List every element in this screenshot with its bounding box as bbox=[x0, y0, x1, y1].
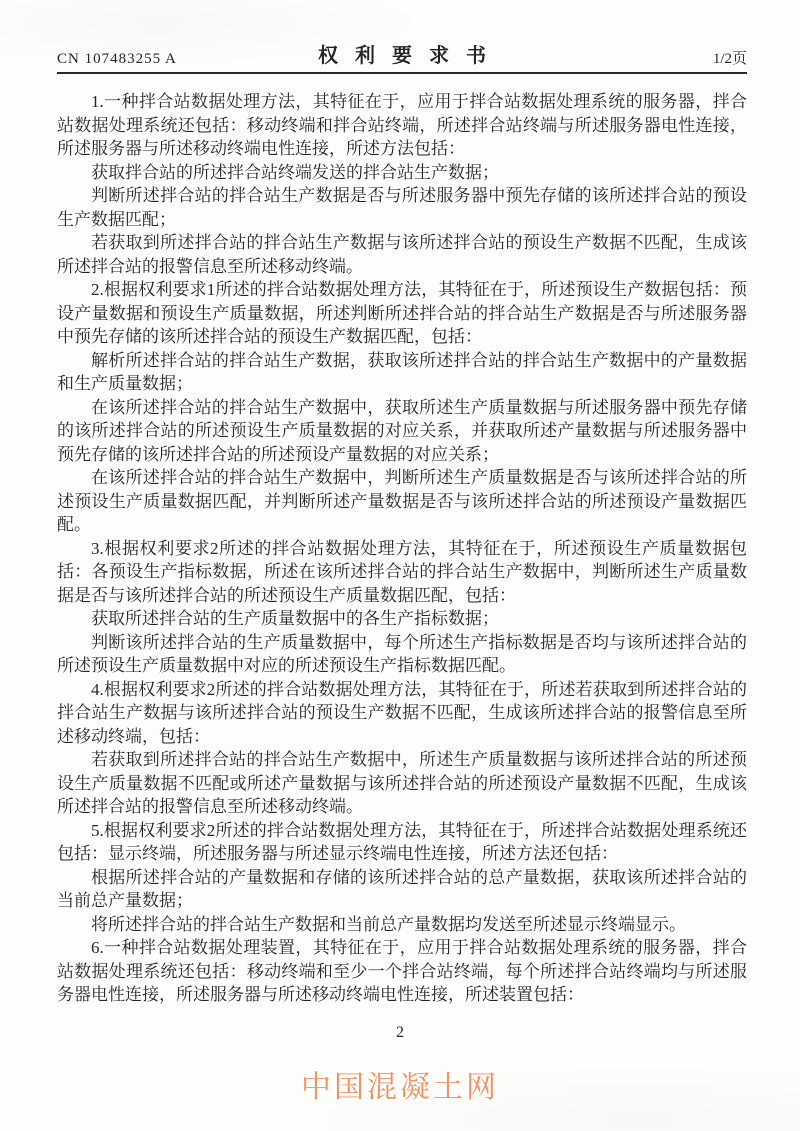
patent-claims-page: CN 107483255 A 权利要求书 1/2页 1.一种拌合站数据处理方法，… bbox=[0, 0, 800, 1131]
page-header: CN 107483255 A 权利要求书 1/2页 bbox=[57, 44, 747, 74]
claim-paragraph: 解析所述拌合站的拌合站生产数据，获取该所述拌合站的拌合站生产数据中的产量数据和生… bbox=[57, 349, 747, 396]
claim-paragraph: 1.一种拌合站数据处理方法，其特征在于，应用于拌合站数据处理系统的服务器，拌合站… bbox=[57, 90, 747, 161]
claim-paragraph: 获取所述拌合站的生产质量数据中的各生产指标数据； bbox=[57, 607, 747, 631]
claim-paragraph: 判断该所述拌合站的生产质量数据中，每个所述生产指标数据是否均与该所述拌合站的所述… bbox=[57, 631, 747, 678]
claim-paragraph: 4.根据权利要求2所述的拌合站数据处理方法，其特征在于，所述若获取到所述拌合站的… bbox=[57, 678, 747, 749]
claim-paragraph: 6.一种拌合站数据处理装置，其特征在于，应用于拌合站数据处理系统的服务器，拌合站… bbox=[57, 936, 747, 1007]
claim-paragraph: 3.根据权利要求2所述的拌合站数据处理方法，其特征在于，所述预设生产质量数据包括… bbox=[57, 537, 747, 608]
page-title: 权利要求书 bbox=[257, 39, 547, 68]
claim-paragraph: 根据所述拌合站的产量数据和存储的该所述拌合站的总产量数据，获取该所述拌合站的当前… bbox=[57, 866, 747, 913]
claim-paragraph: 若获取到所述拌合站的拌合站生产数据中，所述生产质量数据与该所述拌合站的所述预设生… bbox=[57, 748, 747, 819]
watermark-china-concrete-net: 中国混凝土网 bbox=[0, 1062, 800, 1106]
claim-paragraph: 2.根据权利要求1所述的拌合站数据处理方法，其特征在于，所述预设生产数据包括：预… bbox=[57, 278, 747, 349]
claim-paragraph: 在该所述拌合站的拌合站生产数据中，获取所述生产质量数据与所述服务器中预先存储的该… bbox=[57, 396, 747, 467]
footer-page-number: 2 bbox=[0, 1024, 800, 1042]
claim-paragraph: 若获取到所述拌合站的拌合站生产数据与该所述拌合站的预设生产数据不匹配，生成该所述… bbox=[57, 231, 747, 278]
claim-paragraph: 在该所述拌合站的拌合站生产数据中，判断所述生产质量数据是否与该所述拌合站的所述预… bbox=[57, 466, 747, 537]
sheet-indicator: 1/2页 bbox=[547, 47, 747, 68]
claim-paragraph: 将所述拌合站的拌合站生产数据和当前总产量数据均发送至所述显示终端显示。 bbox=[57, 913, 747, 937]
claim-paragraph: 判断所述拌合站的拌合站生产数据是否与所述服务器中预先存储的该所述拌合站的预设生产… bbox=[57, 184, 747, 231]
claims-text-block: 1.一种拌合站数据处理方法，其特征在于，应用于拌合站数据处理系统的服务器，拌合站… bbox=[57, 90, 747, 1007]
claim-paragraph: 5.根据权利要求2所述的拌合站数据处理方法，其特征在于，所述拌合站数据处理系统还… bbox=[57, 819, 747, 866]
claim-paragraph: 获取拌合站的所述拌合站终端发送的拌合站生产数据； bbox=[57, 161, 747, 185]
publication-number: CN 107483255 A bbox=[57, 51, 257, 68]
